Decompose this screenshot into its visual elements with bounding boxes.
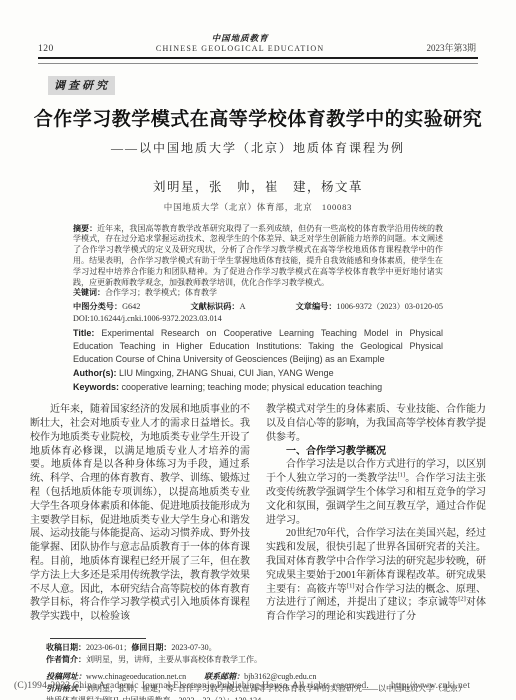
article-subtitle: ——以中国地质大学（北京）地质体育课程为例 <box>0 139 516 156</box>
journal-title-cn: 中国地质教育 <box>156 33 324 44</box>
abstract-text: 近年来，我国高等教育教学改革研究取得了一系列成绩，但仍有一些高校的体育教学沿用传… <box>73 224 443 287</box>
article-title: 合作学习教学模式在高等学校体育教学中的实验研究 <box>30 104 486 131</box>
clc-item: 中图分类号：G642 <box>73 301 140 312</box>
authors-line: 刘明星，张 帅，崔 建，杨文革 <box>0 177 516 195</box>
citation-ref-1: [1] <box>398 472 406 479</box>
revised-label: 修回日期： <box>131 643 171 652</box>
page-number: 120 <box>38 44 54 54</box>
received-value: 2023-06-01； <box>86 643 131 652</box>
en-title-label: Title: <box>73 328 101 338</box>
running-header: 120 中国地质教育 CHINESE GEOLOGICAL EDUCATION … <box>38 33 476 54</box>
paragraph-1: 合作学习法是以合作方式进行的学习，以区别于个人独立学习的一类教学法[1]。合作学… <box>266 458 486 527</box>
doc-code-value: A <box>240 302 246 311</box>
en-authors-label: Author(s): <box>73 368 119 378</box>
citation-ref-2: [1] <box>347 582 355 589</box>
dates-line: 收稿日期：2023-06-01；修回日期：2023-07-30。 <box>46 642 471 654</box>
paragraph-2: 20世纪70年代，合作学习法在美国兴起，经过实践和发展，很快引起了世界各国研究者… <box>266 527 486 624</box>
paragraph-intro-continuation: 教学模式对学生的身体素质、专业技能、合作能力以及自信心等的影响，为我国高等学校体… <box>266 403 486 444</box>
en-keywords-text: cooperative learning; teaching mode; phy… <box>122 382 383 392</box>
keywords-cn-line: 关键词：合作学习；教学模式；体育教学 <box>73 288 443 299</box>
body-columns: 近年来，随着国家经济的发展和地质事业的不断壮大，社会对地质专业人才的需求日益增长… <box>30 403 486 624</box>
en-authors-text: LIU Mingxing, ZHANG Shuai, CUI Jian, YAN… <box>119 368 334 378</box>
site-label: 投稿网址： <box>46 672 86 681</box>
doc-code-item: 文献标识码：A <box>190 301 245 312</box>
journal-title-block: 中国地质教育 CHINESE GEOLOGICAL EDUCATION <box>156 33 324 54</box>
doc-code-label: 文献标识码： <box>190 302 239 311</box>
body-left-column: 近年来，随着国家经济的发展和地质事业的不断壮大，社会对地质专业人才的需求日益增长… <box>30 403 250 624</box>
article-id-label: 文章编号： <box>296 302 337 311</box>
journal-page: 120 中国地质教育 CHINESE GEOLOGICAL EDUCATION … <box>0 0 516 700</box>
header-double-rule <box>38 57 478 64</box>
en-meta-block: Title: Experimental Research on Cooperat… <box>73 327 443 394</box>
affiliation-line: 中国地质大学（北京）体育部，北京 100083 <box>0 201 516 213</box>
journal-title-en: CHINESE GEOLOGICAL EDUCATION <box>156 44 324 54</box>
keywords-cn-text: 合作学习；教学模式；体育教学 <box>105 288 217 297</box>
revised-value: 2023-07-30。 <box>171 643 216 652</box>
section-heading-1: 一、合作学习教学概况 <box>266 445 486 459</box>
citation-ref-3: [2] <box>458 596 466 603</box>
section-label-row: 调查研究 <box>48 76 516 95</box>
abstract-label: 摘要： <box>73 224 97 233</box>
en-title-text: Experimental Research on Cooperative Lea… <box>73 328 443 364</box>
issue-label: 2023年第3期 <box>426 41 476 54</box>
body-right-column: 教学模式对学生的身体素质、专业技能、合作能力以及自信心等的影响，为我国高等学校体… <box>266 403 486 624</box>
en-keywords-line: Keywords: cooperative learning; teaching… <box>73 381 443 394</box>
received-label: 收稿日期： <box>46 643 86 652</box>
bio-label: 作者简介： <box>46 655 86 664</box>
author-bio-line: 作者简介：刘明星，男，讲师，主要从事高校体育教学工作。 <box>46 654 471 666</box>
en-authors-line: Author(s): LIU Mingxing, ZHANG Shuai, CU… <box>73 367 443 380</box>
section-label: 调查研究 <box>48 76 115 95</box>
bio-value: 刘明星，男，讲师，主要从事高校体育教学工作。 <box>86 655 262 664</box>
paragraph-intro: 近年来，随着国家经济的发展和地质事业的不断壮大，社会对地质专业人才的需求日益增长… <box>30 403 250 624</box>
copyright-line: (C)1994-2023 China Academic Journal Elec… <box>14 681 502 691</box>
mail-label: 联系邮箱： <box>204 672 244 681</box>
cn-meta-line: 中图分类号：G642 文献标识码：A 文章编号：1006-9372（2023）0… <box>73 301 443 312</box>
clc-label: 中图分类号： <box>73 302 122 311</box>
site-url: www.chinageoeducation.net.cn <box>86 672 186 681</box>
footnote-divider <box>50 638 146 639</box>
mail-value: bjb3162@cugb.edu.cn <box>244 672 316 681</box>
en-title-line: Title: Experimental Research on Cooperat… <box>73 327 443 366</box>
article-id-value: 1006-9372（2023）03-0120-05 <box>337 302 443 311</box>
clc-value: G642 <box>122 302 140 311</box>
article-id-item: 文章编号：1006-9372（2023）03-0120-05 <box>296 301 443 312</box>
copyright-text: (C)1994-2023 China Academic Journal Elec… <box>14 681 369 691</box>
en-keywords-label: Keywords: <box>73 382 122 392</box>
doi-line: DOI:10.16244/j.cnki.1006-9372.2023.03.01… <box>73 313 443 324</box>
cnki-url: http://www.cnki.net <box>391 681 470 691</box>
abstract-block: 摘要：近年来，我国高等教育教学改革研究取得了一系列成绩，但仍有一些高校的体育教学… <box>73 224 443 289</box>
keywords-cn-label: 关键词： <box>73 288 105 297</box>
